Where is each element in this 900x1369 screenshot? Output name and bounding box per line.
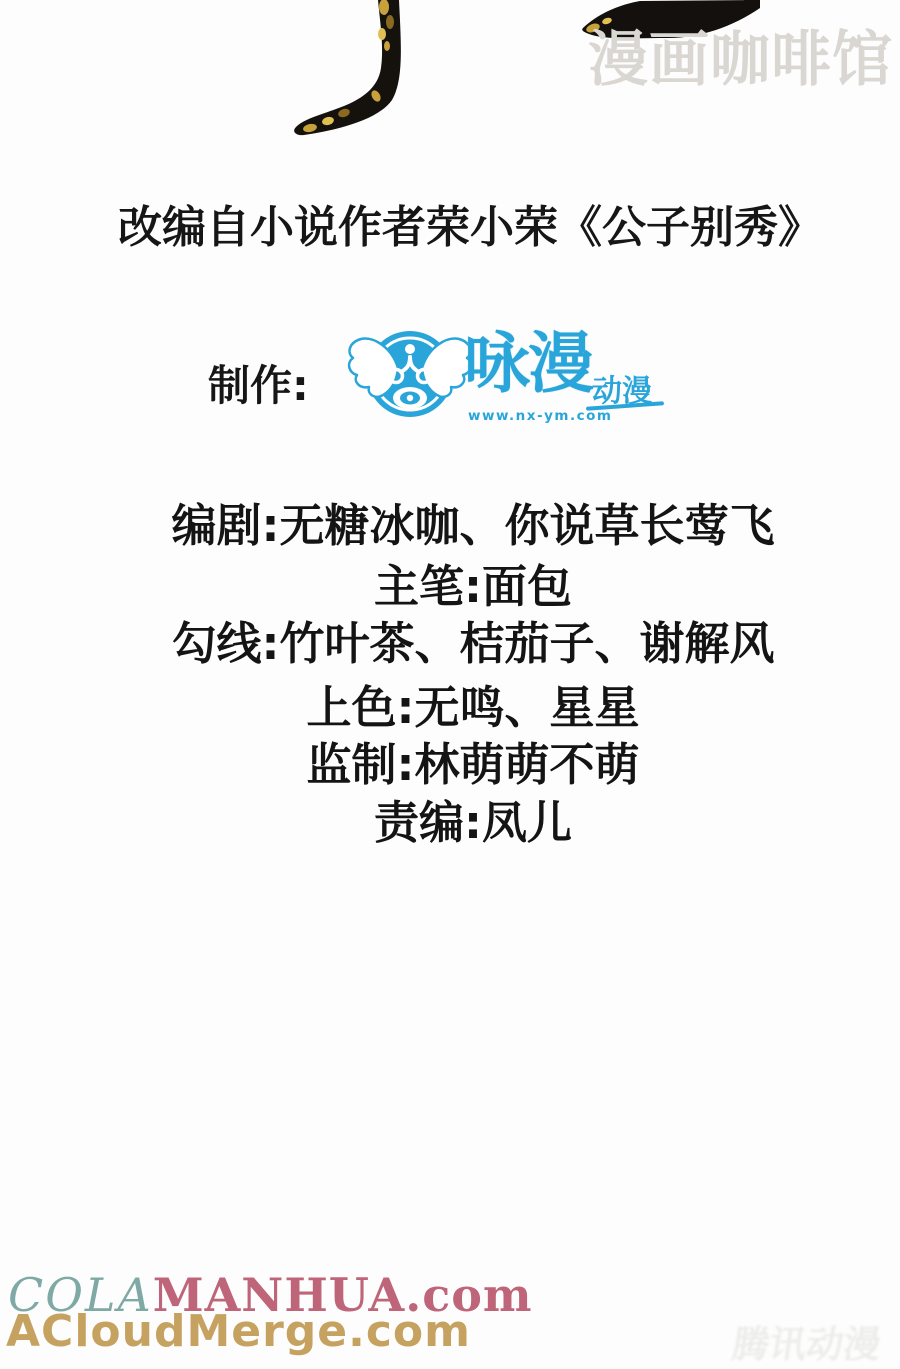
site-watermark-acloudmerge: ACloudMerge.com <box>6 1310 471 1354</box>
credit-line-coloring: 上色:无鸣、星星 <box>23 685 900 730</box>
production-label: 制作: <box>208 353 309 413</box>
studio-name-stylized: 咏漫 <box>464 328 592 401</box>
site-watermark-top: 漫画咖啡馆 <box>588 12 893 98</box>
credit-line-lineart: 勾线:竹叶茶、桔茄子、谢解风 <box>23 621 900 666</box>
credit-line-lead-artist: 主笔:面包 <box>23 564 900 609</box>
comic-credits-page: 漫画咖啡馆 改编自小说作者荣小荣《公子别秀》 制作: 咏漫 动漫 www.nx-… <box>0 0 900 1369</box>
credit-line-editor: 责编:凤儿 <box>23 800 900 845</box>
yongman-winged-logo-icon <box>344 324 476 428</box>
adaptation-credit-text: 改编自小说作者荣小荣《公子别秀》 <box>20 204 900 252</box>
credit-line-scriptwriter: 编剧:无糖冰咖、你说草长莺飞 <box>23 503 900 548</box>
platform-watermark-tencent: 腾讯动漫 <box>729 1314 885 1368</box>
studio-url: www.nx-ym.com <box>468 408 612 424</box>
credit-line-supervisor: 监制:林萌萌不萌 <box>23 742 900 787</box>
